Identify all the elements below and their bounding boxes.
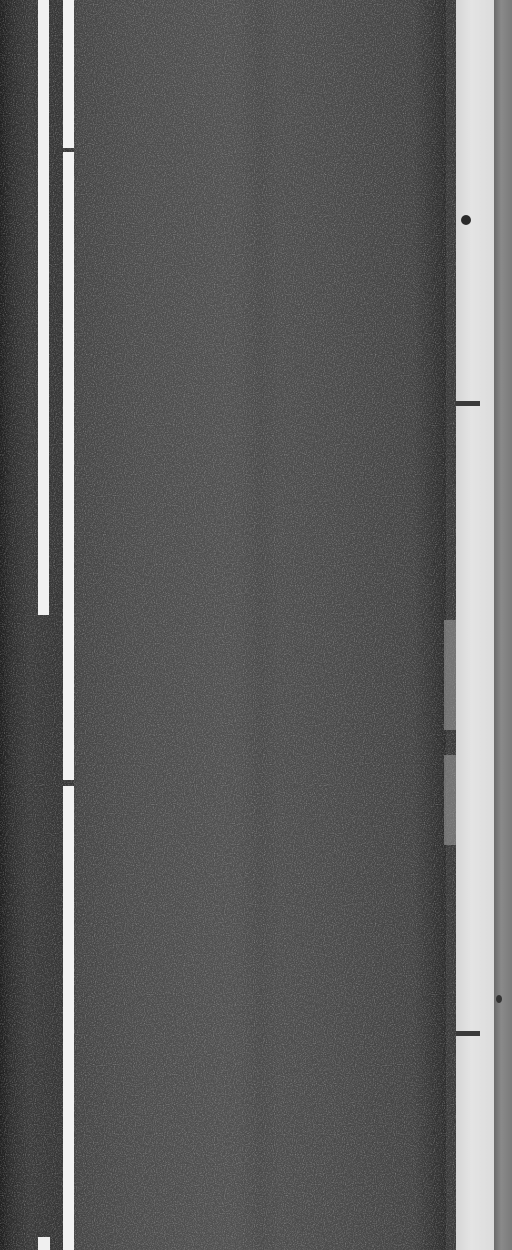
left-lane-line-segment: [38, 1237, 50, 1250]
edge-line-segment: [63, 786, 74, 1250]
curb-joint: [456, 1031, 480, 1036]
curb-stain: [461, 215, 471, 225]
worn-edge-patch: [444, 620, 456, 730]
road-surface-image: [0, 0, 512, 1250]
asphalt-texture: [0, 0, 512, 1250]
worn-edge-patch: [444, 755, 456, 845]
concrete-curb: [456, 0, 494, 1250]
verge-stain: [496, 995, 502, 1003]
edge-line-segment: [63, 152, 74, 780]
curb-joint: [456, 401, 480, 406]
left-solid-lane-line: [38, 0, 49, 615]
grass-verge: [494, 0, 512, 1250]
edge-line-segment: [63, 0, 74, 148]
